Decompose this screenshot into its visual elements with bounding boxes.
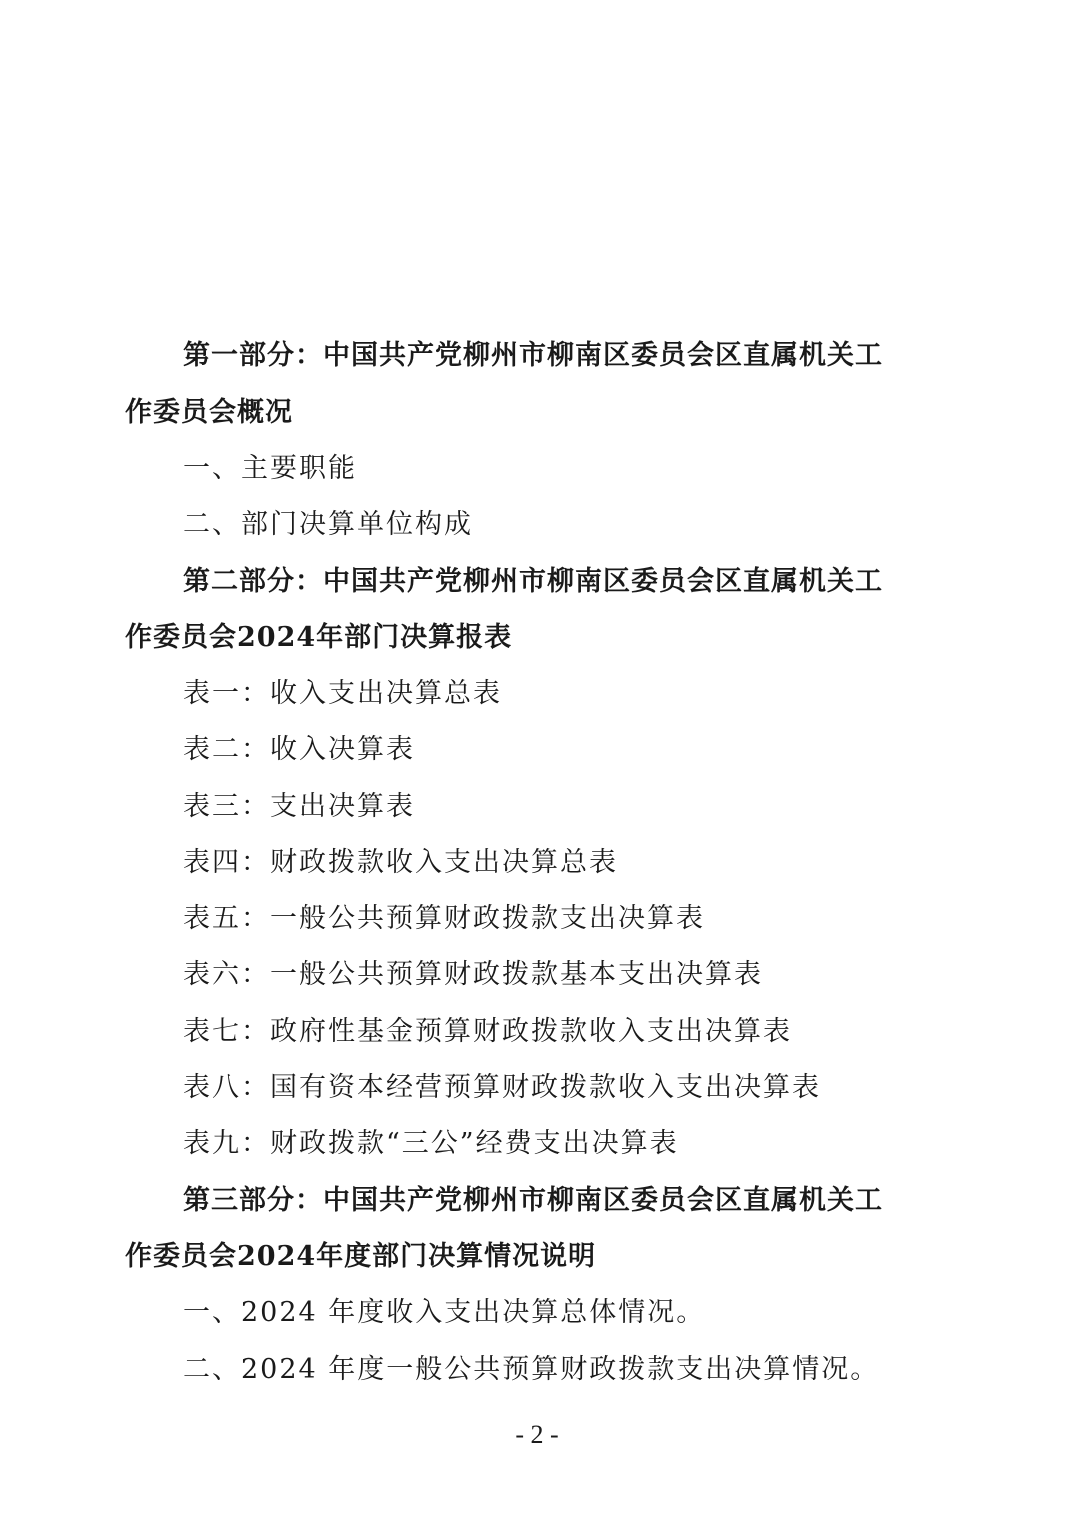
part1-item: 一、主要职能 (183, 449, 357, 489)
part3-item: 一、2024 年度收入支出决算总体情况。 (183, 1293, 705, 1333)
table-list-item: 表二：收入决算表 (183, 730, 415, 770)
table-list-item: 表一：收入支出决算总表 (183, 674, 502, 714)
part3-item: 二、2024 年度一般公共预算财政拨款支出决算情况。 (183, 1350, 879, 1390)
table-list-item: 表六：一般公共预算财政拨款基本支出决算表 (183, 955, 763, 995)
table-list-item: 表七：政府性基金预算财政拨款收入支出决算表 (183, 1012, 792, 1052)
document-page: 第一部分：中国共产党柳州市柳南区委员会区直属机关工 作委员会概况 一、主要职能 … (0, 0, 1074, 1520)
table-list-item: 表八：国有资本经营预算财政拨款收入支出决算表 (183, 1068, 821, 1108)
table-list-item: 表五：一般公共预算财政拨款支出决算表 (183, 899, 705, 939)
part3-title-line2: 作委员会2024年度部门决算情况说明 (125, 1237, 596, 1277)
part1-title-line2: 作委员会概况 (125, 393, 293, 433)
page-number: - 2 - (0, 1415, 1074, 1455)
table-list-item: 表九：财政拨款“三公”经费支出决算表 (183, 1124, 679, 1164)
part1-item: 二、部门决算单位构成 (183, 505, 473, 545)
table-list-item: 表三：支出决算表 (183, 787, 415, 827)
part2-title-line2: 作委员会2024年部门决算报表 (125, 618, 512, 658)
part3-title-line1: 第三部分：中国共产党柳州市柳南区委员会区直属机关工 (183, 1181, 883, 1221)
part1-title-line1: 第一部分：中国共产党柳州市柳南区委员会区直属机关工 (183, 336, 883, 376)
table-list-item: 表四：财政拨款收入支出决算总表 (183, 843, 618, 883)
part2-title-line1: 第二部分：中国共产党柳州市柳南区委员会区直属机关工 (183, 562, 883, 602)
